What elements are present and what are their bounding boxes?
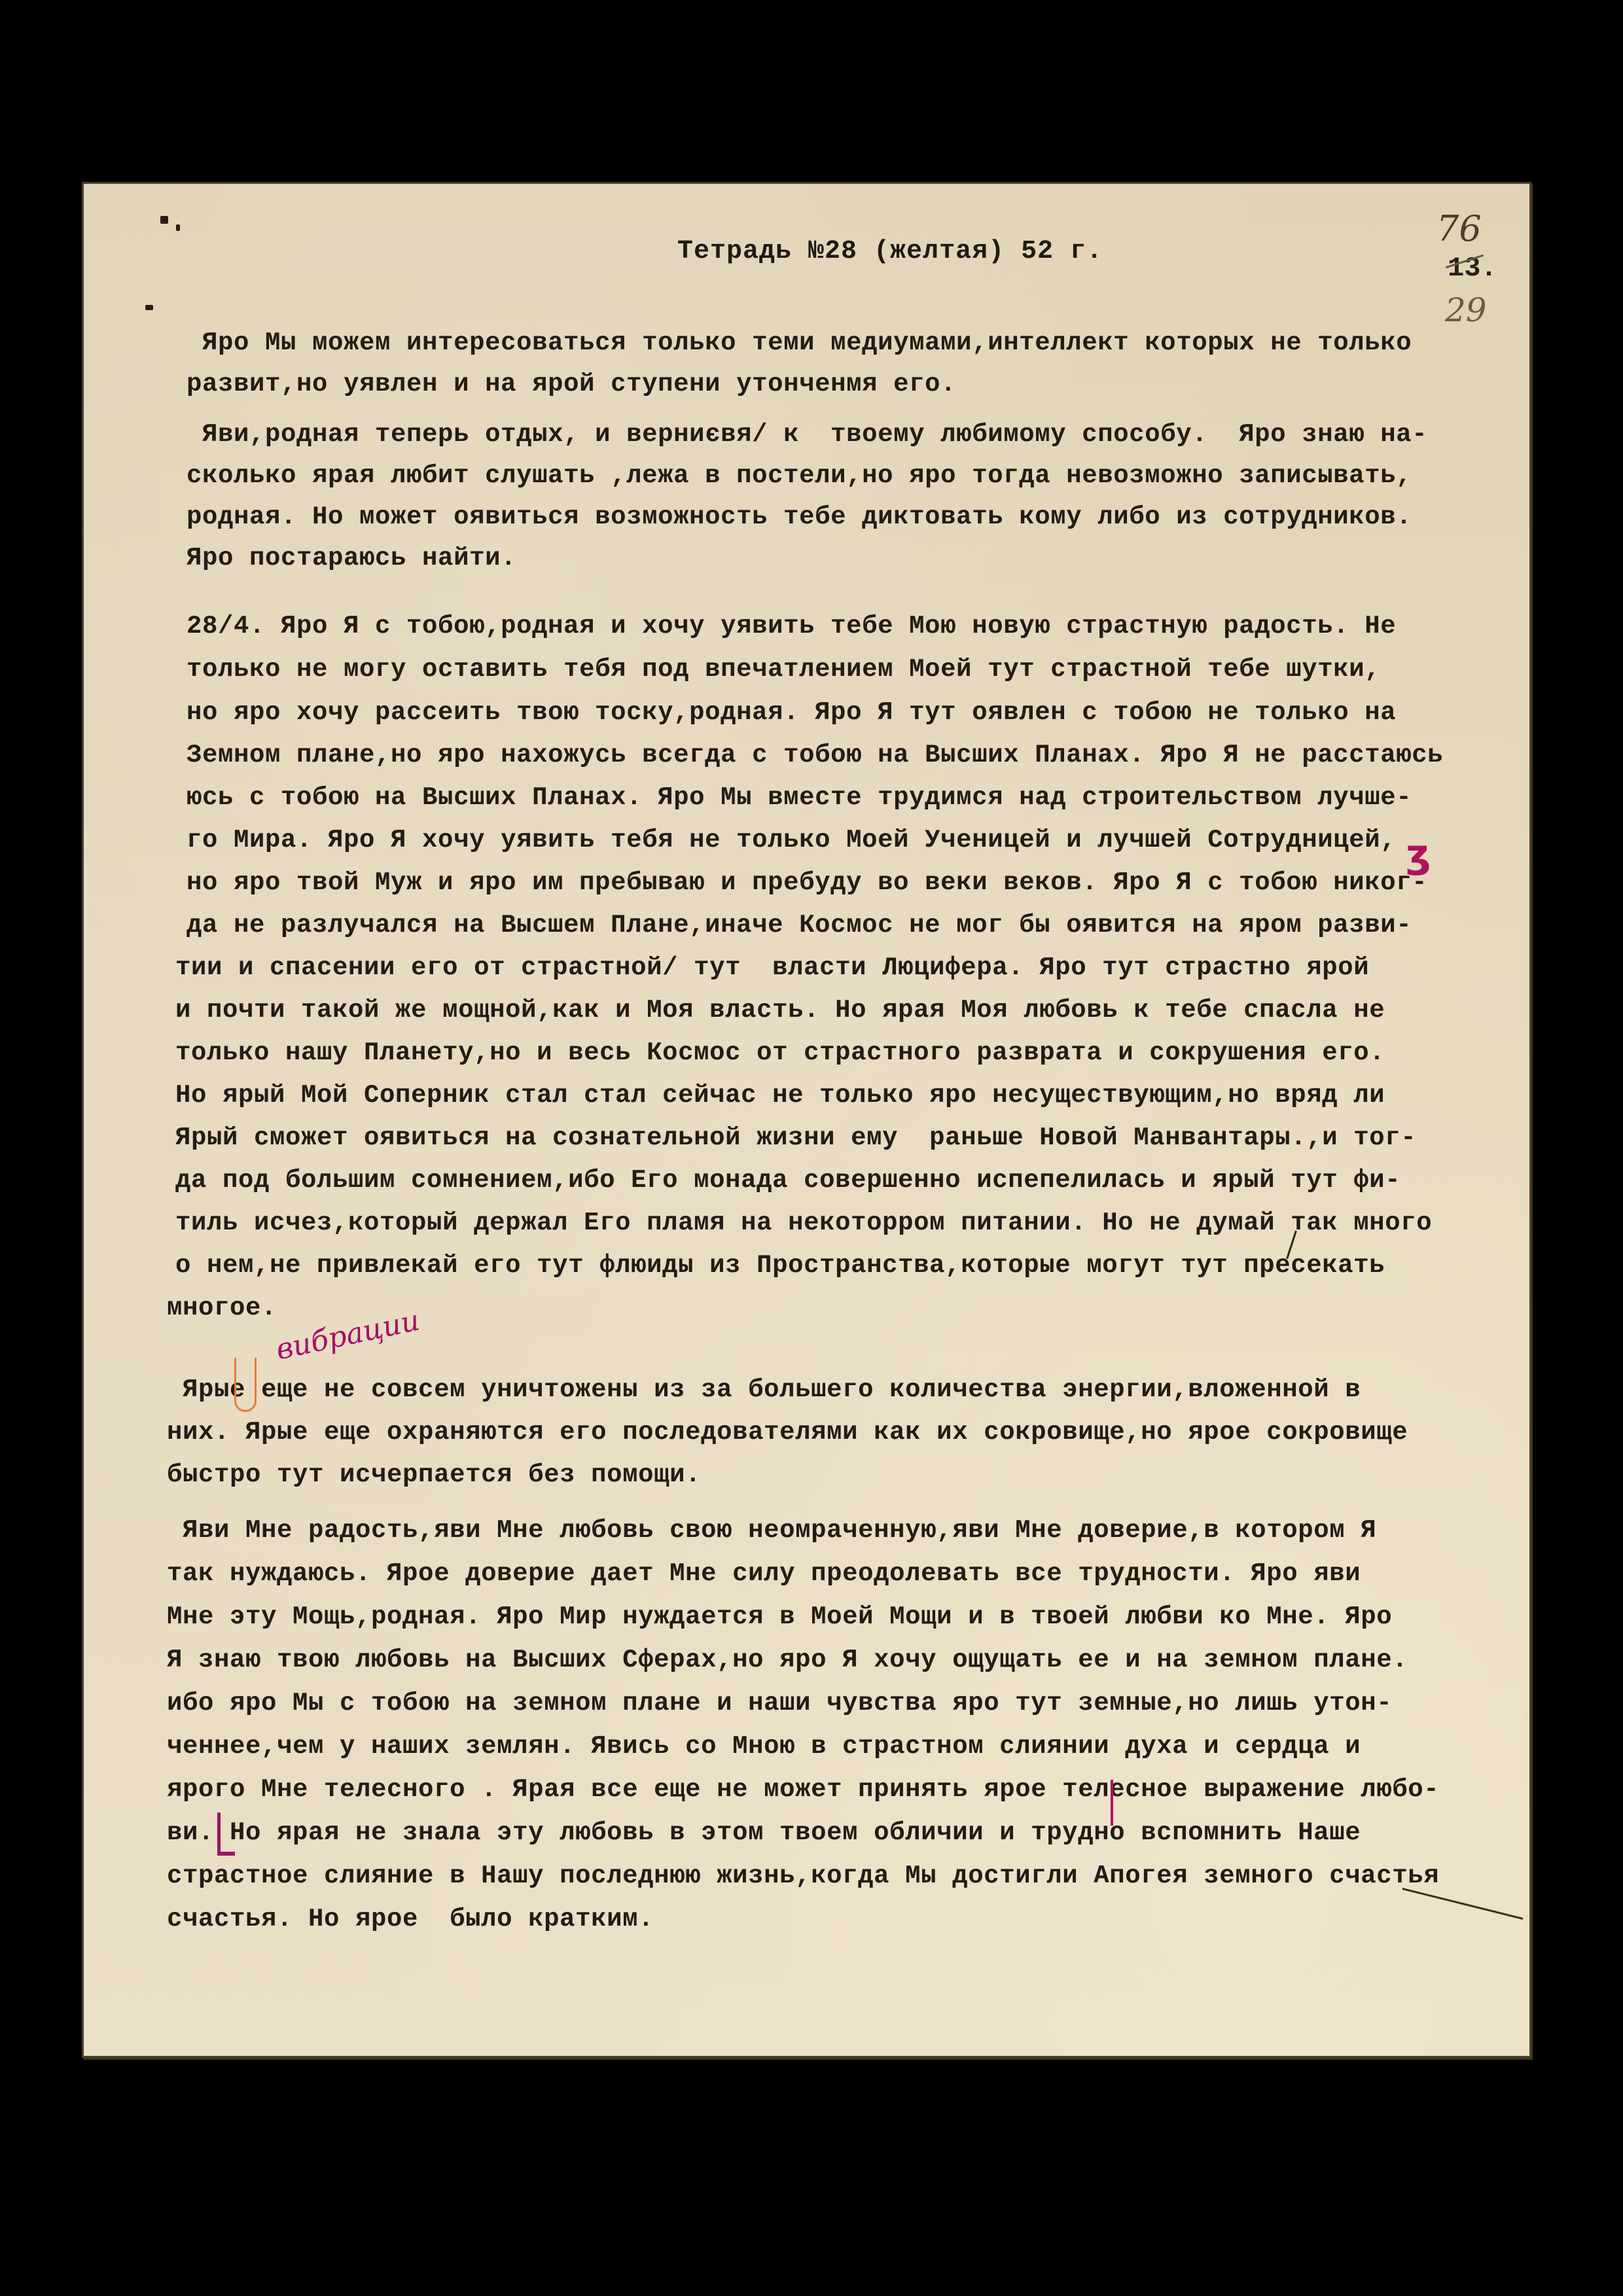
paragraph-bracket-mark xyxy=(217,1812,235,1856)
text-line: ви. Но ярая не знала эту любовь в этом т… xyxy=(167,1820,1361,1846)
text-line: ибо яро Мы с тобою на земном плане и наш… xyxy=(167,1691,1392,1716)
text-line: сколько ярая любит слушать ,лежа в посте… xyxy=(187,463,1412,489)
ink-speck xyxy=(160,216,168,224)
text-line: да не разлучался на Высшем Плане,иначе К… xyxy=(187,913,1412,938)
archive-number-top: 76 xyxy=(1436,208,1482,249)
text-line: да под большим сомнением,ибо Его монада … xyxy=(175,1168,1400,1193)
text-line: Мне эту Мощь,родная. Яро Мир нуждается в… xyxy=(167,1604,1392,1630)
text-line: тии и спасении его от страстной/ тут вла… xyxy=(175,955,1369,981)
text-line: 28/4. Яро Я с тобою,родная и хочу уявить… xyxy=(187,614,1396,639)
text-line: го Мира. Яро Я хочу уявить тебя не тольк… xyxy=(187,828,1396,853)
text-line: Ярый сможет оявиться на сознательной жиз… xyxy=(175,1125,1416,1151)
text-line: ярого Мне телесного . Ярая все еще не мо… xyxy=(167,1777,1439,1803)
text-line: о нем,не привлекай его тут флюиды из Про… xyxy=(175,1253,1385,1279)
text-line: так нуждаюсь. Ярое доверие дает Мне силу… xyxy=(167,1561,1361,1587)
text-line: ченнее,чем у наших землян. Явись со Мною… xyxy=(167,1734,1361,1759)
correction-mark: ʒ xyxy=(1406,831,1431,877)
text-line: многое. xyxy=(167,1296,277,1321)
text-line: тиль исчез,который держал Его пламя на н… xyxy=(175,1210,1432,1236)
text-line: быстро тут исчерпается без помощи. xyxy=(167,1462,701,1488)
text-line: Ярые еще не совсем уничтожены из за боль… xyxy=(167,1377,1361,1403)
text-line: развит,но уявлен и на ярой ступени утонч… xyxy=(187,372,956,397)
text-line: родная. Но может оявиться возможность те… xyxy=(187,504,1412,530)
insertion-caret-mark xyxy=(234,1358,257,1412)
text-line: но яро твой Муж и яро им пребываю и преб… xyxy=(187,870,1427,896)
text-line: Яви,родная теперь отдых, и верниєвя/ к т… xyxy=(187,422,1427,448)
text-line: страстное слияние в Нашу последнюю жизнь… xyxy=(167,1863,1439,1889)
archive-number-bottom: 29 xyxy=(1445,291,1487,329)
text-line: и почти такой же мощной,как и Моя власть… xyxy=(175,998,1385,1023)
text-line: Яро постараюсь найти. xyxy=(187,546,516,571)
text-line: Земном плане,но яро нахожусь всегда с то… xyxy=(187,743,1443,768)
word-separator-mark xyxy=(1111,1780,1113,1826)
text-line: юсь с тобою на Высших Планах. Яро Мы вме… xyxy=(187,785,1412,811)
text-line: Я знаю твою любовь на Высших Сферах,но я… xyxy=(167,1648,1408,1673)
text-line: Яви Мне радость,яви Мне любовь свою неом… xyxy=(167,1518,1376,1544)
text-line: счастья. Но ярое было кратким. xyxy=(167,1907,654,1932)
ink-speck xyxy=(176,224,180,231)
text-line: Яро Мы можем интересоваться только теми … xyxy=(187,330,1412,356)
text-line: только нашу Планету,но и весь Космос от … xyxy=(175,1040,1385,1066)
text-line: Но ярый Мой Соперник стал стал сейчас не… xyxy=(175,1083,1385,1108)
text-line: только не могу оставить тебя под впечатл… xyxy=(187,657,1380,682)
ink-speck xyxy=(145,305,153,310)
text-line: них. Ярые еще охраняются его последовате… xyxy=(167,1420,1408,1445)
document-title: Тетрадь №28 (желтая) 52 г. xyxy=(677,237,1103,266)
text-line: но яро хочу рассеить твою тоску,родная. … xyxy=(187,700,1396,726)
